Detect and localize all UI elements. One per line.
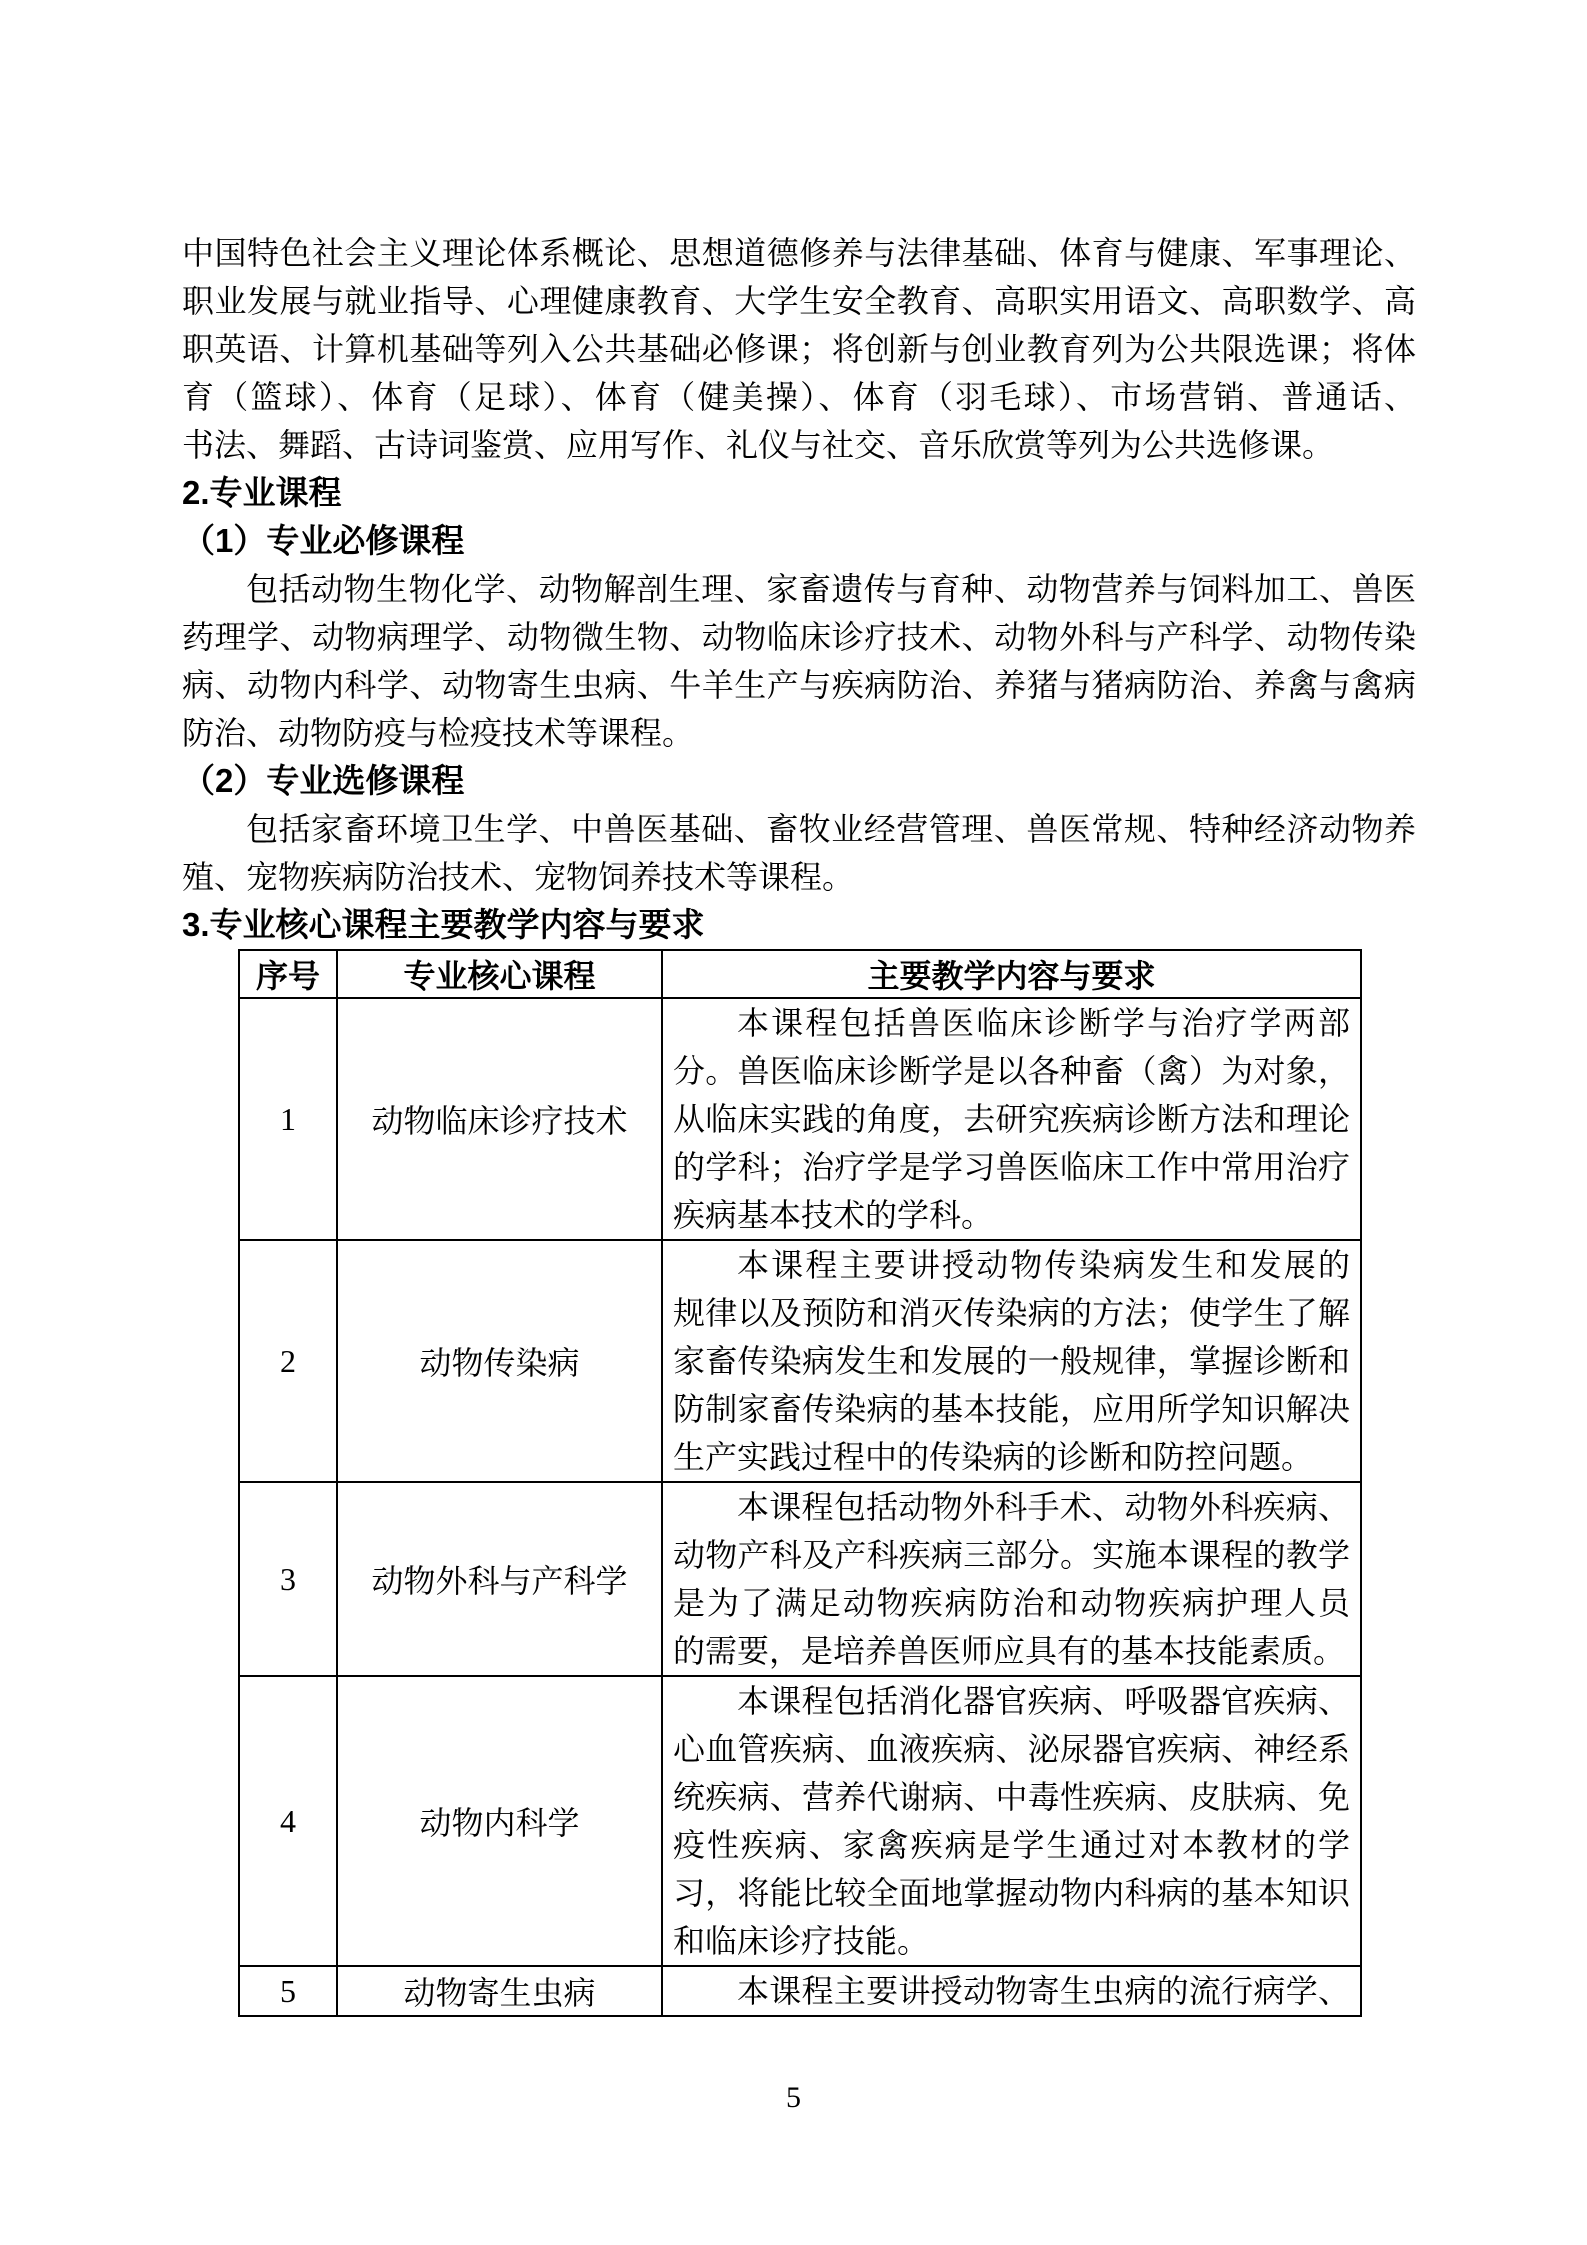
table-row: 2 动物传染病 本课程主要讲授动物传染病发生和发展的 规律以及预防和消灭传染病的… bbox=[239, 1240, 1361, 1482]
page-number: 5 bbox=[0, 2074, 1587, 2122]
description-line: 和临床诊疗技能。 bbox=[673, 1917, 1350, 1965]
elective-courses-paragraph: 包括家畜环境卫生学、中兽医基础、畜牧业经营管理、兽医常规、特种经济动物养 殖、宠… bbox=[182, 805, 1416, 901]
description-line: 生产实践过程中的传染病的诊断和防控问题。 bbox=[673, 1433, 1350, 1481]
course-name-cell: 动物临床诊疗技术 bbox=[337, 998, 662, 1240]
paragraph-line: 包括家畜环境卫生学、中兽医基础、畜牧业经营管理、兽医常规、特种经济动物养 bbox=[182, 805, 1416, 853]
course-description-cell: 本课程主要讲授动物寄生虫病的流行病学、 bbox=[662, 1966, 1361, 2016]
description-line: 动物产科及产科疾病三部分。实施本课程的教学 bbox=[673, 1531, 1350, 1579]
course-name-cell: 动物内科学 bbox=[337, 1676, 662, 1966]
row-number-cell: 1 bbox=[239, 998, 337, 1240]
description-line: 本课程主要讲授动物传染病发生和发展的 bbox=[673, 1241, 1350, 1289]
course-description-cell: 本课程包括消化器官疾病、呼吸器官疾病、 心血管疾病、血液疾病、泌尿器官疾病、神经… bbox=[662, 1676, 1361, 1966]
description-line: 从临床实践的角度，去研究疾病诊断方法和理论 bbox=[673, 1095, 1350, 1143]
document-page: 中国特色社会主义理论体系概论、思想道德修养与法律基础、体育与健康、军事理论、 职… bbox=[0, 0, 1587, 2245]
table-header-row: 序号 专业核心课程 主要教学内容与要求 bbox=[239, 950, 1361, 998]
course-description-cell: 本课程包括动物外科手术、动物外科疾病、 动物产科及产科疾病三部分。实施本课程的教… bbox=[662, 1482, 1361, 1676]
description-line: 心血管疾病、血液疾病、泌尿器官疾病、神经系 bbox=[673, 1725, 1350, 1773]
description-line: 规律以及预防和消灭传染病的方法；使学生了解 bbox=[673, 1289, 1350, 1337]
paragraph-line: 中国特色社会主义理论体系概论、思想道德修养与法律基础、体育与健康、军事理论、 bbox=[182, 229, 1416, 277]
paragraph-line: 育（篮球）、体育（足球）、体育（健美操）、体育（羽毛球）、市场营销、普通话、 bbox=[182, 373, 1416, 421]
description-line: 的学科；治疗学是学习兽医临床工作中常用治疗 bbox=[673, 1143, 1350, 1191]
course-name-cell: 动物外科与产科学 bbox=[337, 1482, 662, 1676]
description-line: 统疾病、营养代谢病、中毒性疾病、皮肤病、免 bbox=[673, 1773, 1350, 1821]
heading-required-courses: （1）专业必修课程 bbox=[182, 517, 1416, 565]
page-content: 中国特色社会主义理论体系概论、思想道德修养与法律基础、体育与健康、军事理论、 职… bbox=[182, 229, 1416, 2017]
paragraph-line: 药理学、动物病理学、动物微生物、动物临床诊疗技术、动物外科与产科学、动物传染 bbox=[182, 613, 1416, 661]
table-row: 4 动物内科学 本课程包括消化器官疾病、呼吸器官疾病、 心血管疾病、血液疾病、泌… bbox=[239, 1676, 1361, 1966]
paragraph-line: 防治、动物防疫与检疫技术等课程。 bbox=[182, 709, 1416, 757]
table-row: 1 动物临床诊疗技术 本课程包括兽医临床诊断学与治疗学两部 分。兽医临床诊断学是… bbox=[239, 998, 1361, 1240]
description-line: 疾病基本技术的学科。 bbox=[673, 1191, 1350, 1239]
description-line: 家畜传染病发生和发展的一般规律，掌握诊断和 bbox=[673, 1337, 1350, 1385]
core-courses-table: 序号 专业核心课程 主要教学内容与要求 1 动物临床诊疗技术 本课程包括兽医临床… bbox=[238, 949, 1362, 2017]
description-line: 本课程包括动物外科手术、动物外科疾病、 bbox=[673, 1483, 1350, 1531]
intro-paragraph: 中国特色社会主义理论体系概论、思想道德修养与法律基础、体育与健康、军事理论、 职… bbox=[182, 229, 1416, 469]
row-number-cell: 5 bbox=[239, 1966, 337, 2016]
description-line: 防制家畜传染病的基本技能，应用所学知识解决 bbox=[673, 1385, 1350, 1433]
course-name-cell: 动物寄生虫病 bbox=[337, 1966, 662, 2016]
course-name-cell: 动物传染病 bbox=[337, 1240, 662, 1482]
description-line: 本课程包括兽医临床诊断学与治疗学两部 bbox=[673, 999, 1350, 1047]
required-courses-paragraph: 包括动物生物化学、动物解剖生理、家畜遗传与育种、动物营养与饲料加工、兽医 药理学… bbox=[182, 565, 1416, 757]
heading-core-course-requirements: 3.专业核心课程主要教学内容与要求 bbox=[182, 901, 1416, 949]
course-description-cell: 本课程主要讲授动物传染病发生和发展的 规律以及预防和消灭传染病的方法；使学生了解… bbox=[662, 1240, 1361, 1482]
row-number-cell: 3 bbox=[239, 1482, 337, 1676]
description-line: 习，将能比较全面地掌握动物内科病的基本知识 bbox=[673, 1869, 1350, 1917]
table-row: 3 动物外科与产科学 本课程包括动物外科手术、动物外科疾病、 动物产科及产科疾病… bbox=[239, 1482, 1361, 1676]
table-header-cell-no: 序号 bbox=[239, 950, 337, 998]
paragraph-line: 包括动物生物化学、动物解剖生理、家畜遗传与育种、动物营养与饲料加工、兽医 bbox=[182, 565, 1416, 613]
description-line: 是为了满足动物疾病防治和动物疾病护理人员 bbox=[673, 1579, 1350, 1627]
course-description-cell: 本课程包括兽医临床诊断学与治疗学两部 分。兽医临床诊断学是以各种畜（禽）为对象，… bbox=[662, 998, 1361, 1240]
description-line: 的需要，是培养兽医师应具有的基本技能素质。 bbox=[673, 1627, 1350, 1675]
paragraph-line: 职业发展与就业指导、心理健康教育、大学生安全教育、高职实用语文、高职数学、高 bbox=[182, 277, 1416, 325]
description-line: 分。兽医临床诊断学是以各种畜（禽）为对象， bbox=[673, 1047, 1350, 1095]
table-header-cell-course: 专业核心课程 bbox=[337, 950, 662, 998]
description-line: 本课程包括消化器官疾病、呼吸器官疾病、 bbox=[673, 1677, 1350, 1725]
description-line: 疫性疾病、家禽疾病是学生通过对本教材的学 bbox=[673, 1821, 1350, 1869]
table-row: 5 动物寄生虫病 本课程主要讲授动物寄生虫病的流行病学、 bbox=[239, 1966, 1361, 2016]
heading-elective-courses: （2）专业选修课程 bbox=[182, 757, 1416, 805]
paragraph-line: 书法、舞蹈、古诗词鉴赏、应用写作、礼仪与社交、音乐欣赏等列为公共选修课。 bbox=[182, 421, 1416, 469]
paragraph-line: 病、动物内科学、动物寄生虫病、牛羊生产与疾病防治、养猪与猪病防治、养禽与禽病 bbox=[182, 661, 1416, 709]
row-number-cell: 2 bbox=[239, 1240, 337, 1482]
paragraph-line: 职英语、计算机基础等列入公共基础必修课；将创新与创业教育列为公共限选课；将体 bbox=[182, 325, 1416, 373]
paragraph-line: 殖、宠物疾病防治技术、宠物饲养技术等课程。 bbox=[182, 853, 1416, 901]
row-number-cell: 4 bbox=[239, 1676, 337, 1966]
description-line: 本课程主要讲授动物寄生虫病的流行病学、 bbox=[673, 1967, 1350, 2015]
table-header-cell-content: 主要教学内容与要求 bbox=[662, 950, 1361, 998]
heading-professional-courses: 2.专业课程 bbox=[182, 469, 1416, 517]
